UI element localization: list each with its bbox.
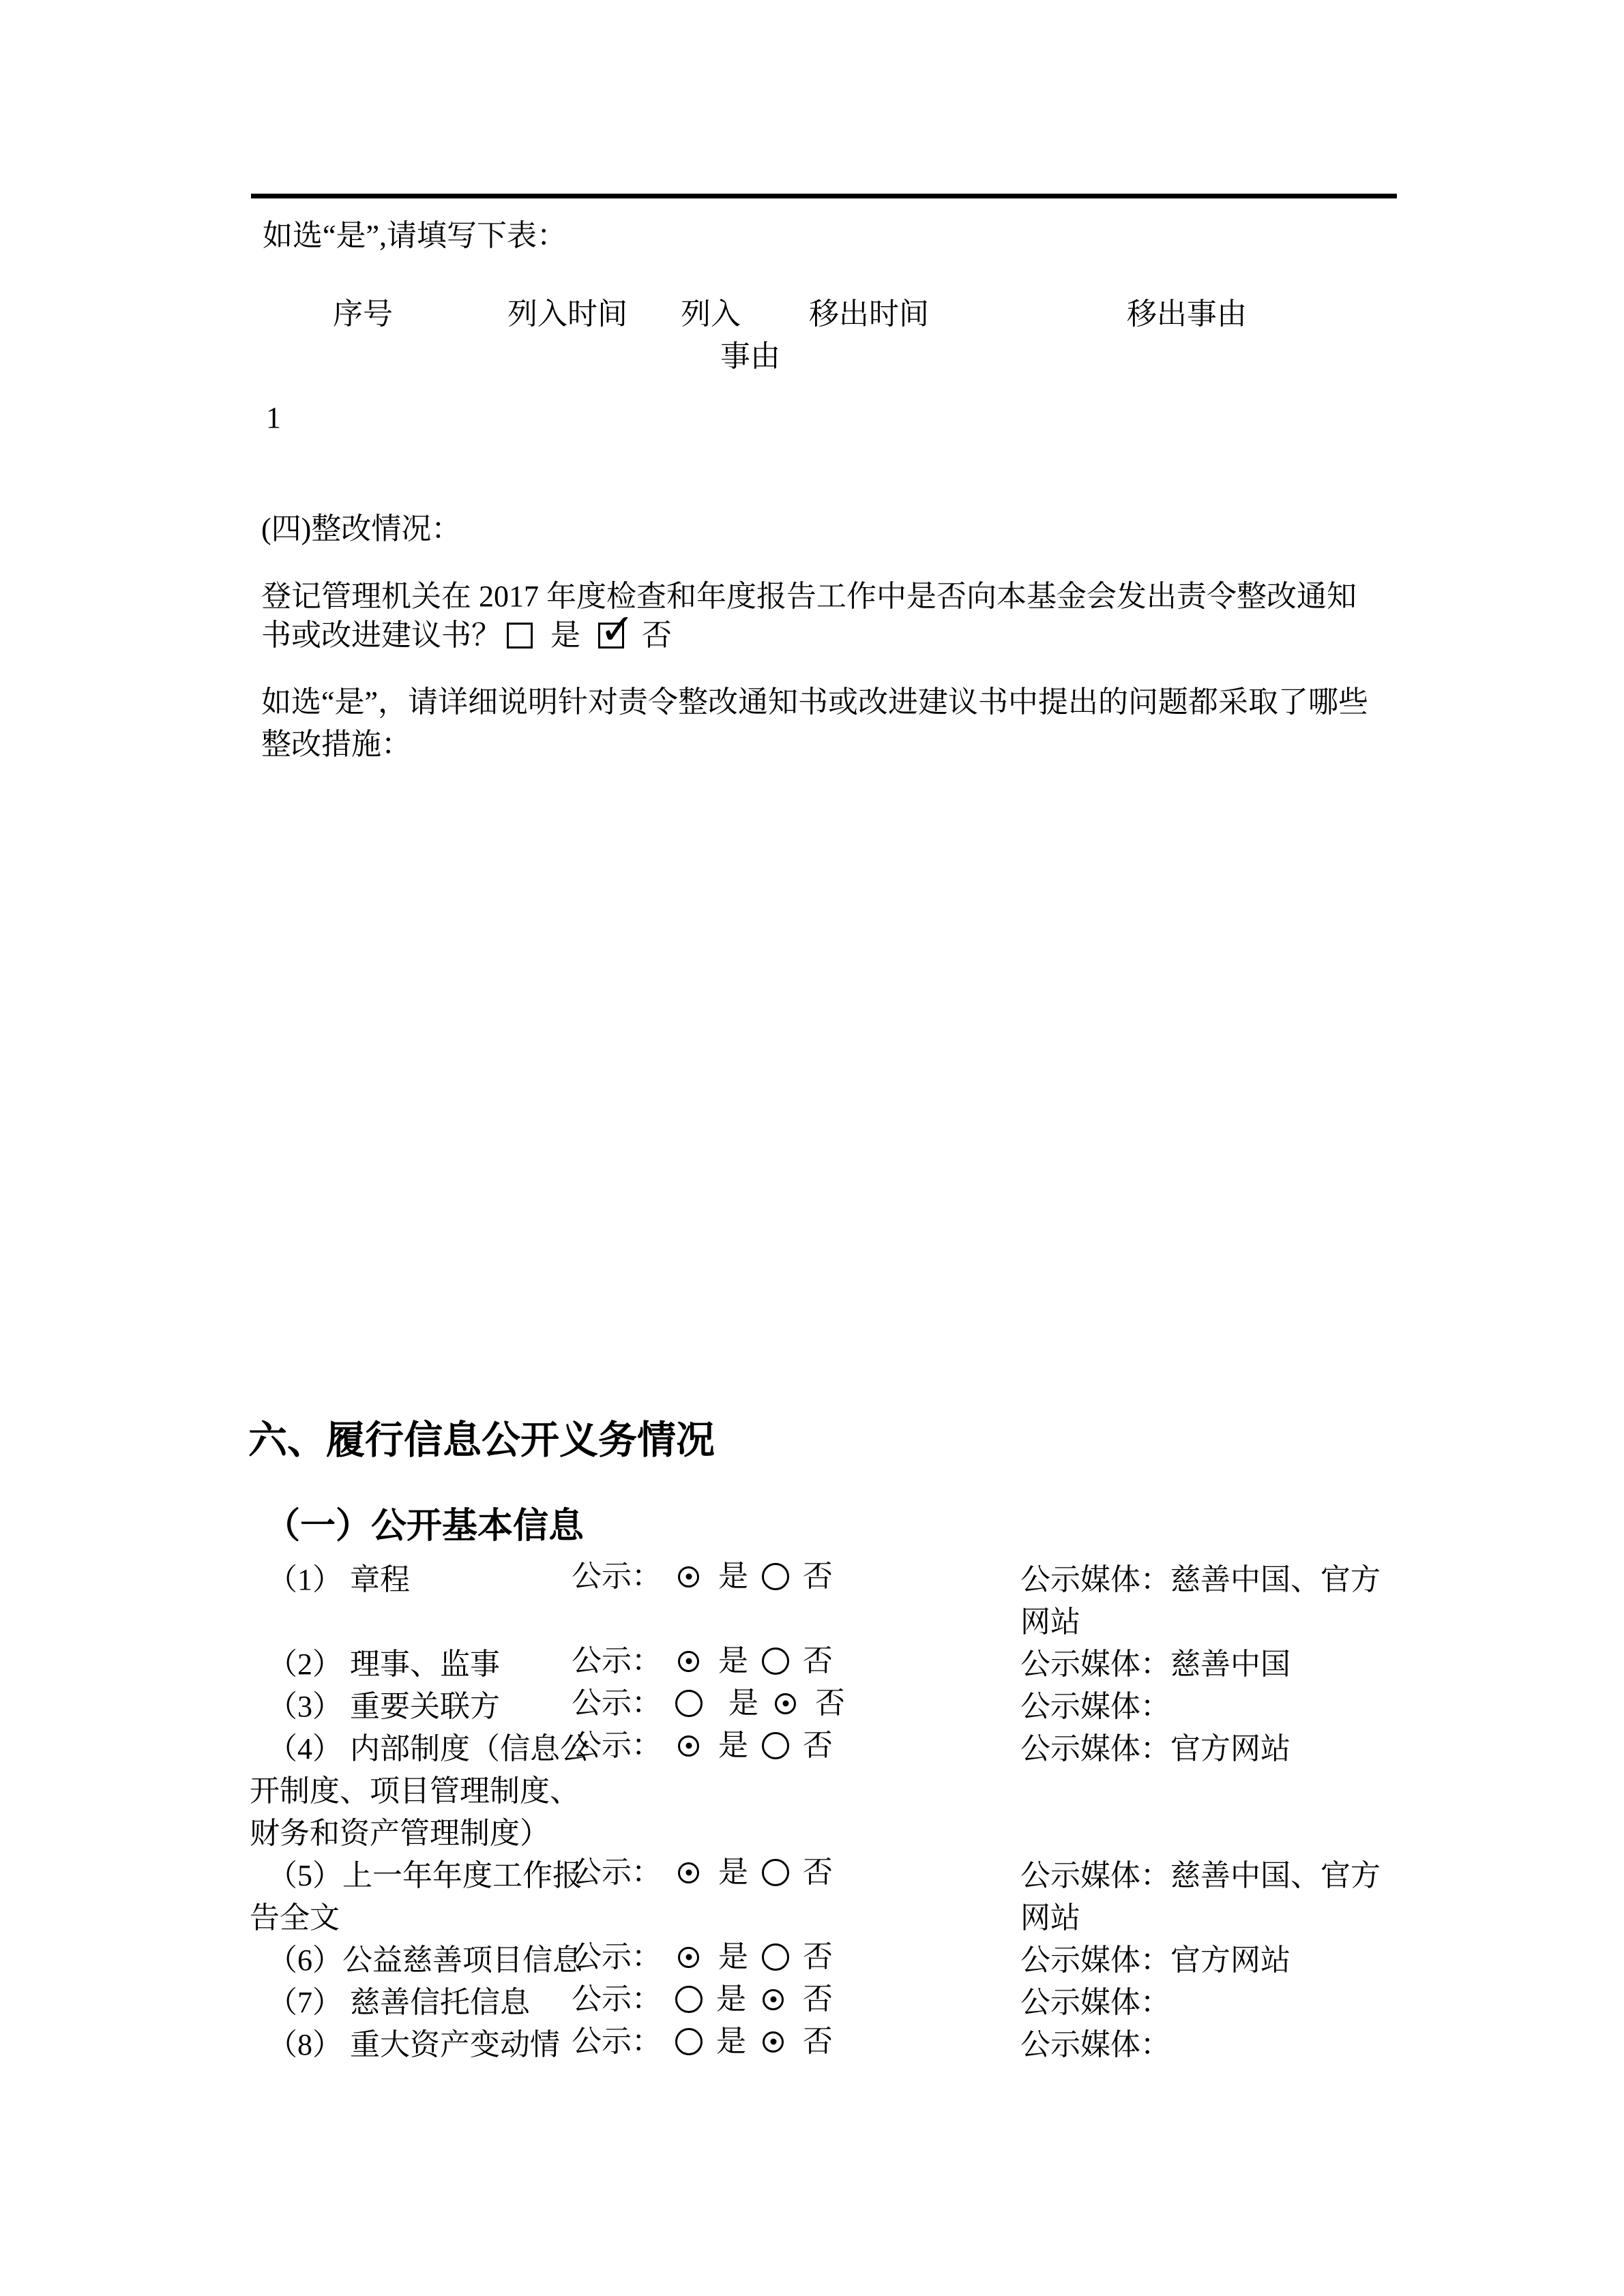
yes-label: 是 [718,1727,748,1765]
radio-selected-icon[interactable] [678,1735,699,1757]
disclosure-row-3: （3） 重要关联方 公示： 是 否 公示媒体： [0,1688,1624,1730]
radio-unselected-icon[interactable] [762,1732,789,1759]
checkbox-yes-unchecked-icon[interactable] [507,623,533,648]
radio-unselected-icon[interactable] [762,1943,789,1971]
rectify-question-line2: 书或改进建议书？ 是 ✓ 否 [261,616,672,655]
fill-table-note: 如选“是”,请填写下表： [263,217,567,255]
item-label: （1） 章程 [267,1561,410,1599]
disclosure-row-2: （2） 理事、监事 公示： 是 否 公示媒体：慈善中国 [0,1645,1624,1688]
section6-heading: 六、履行信息公开义务情况 [248,1409,715,1465]
disclosure-row-1: （1） 章程 公示： 是 否 公示媒体：慈善中国、官方 网站 [0,1561,1624,1645]
publicity-radio-group: 公示： 是 否 [572,1937,833,1977]
publicity-radio-group: 公示： 是 否 [572,1557,833,1596]
yes-label: 是 [718,1938,748,1976]
media-line: 网站 [1020,1899,1080,1937]
disclosure-row-7: （7） 慈善信托信息 公示： 是 否 公示媒体： [0,1984,1624,2026]
item-label-wrap: 财务和资产管理制度） [250,1815,550,1853]
rectify-followup-line1: 如选“是”，请详细说明针对责令整改通知书或改进建议书中提出的问题都采取了哪些 [261,683,1368,721]
publicity-radio-group: 公示： 是 否 [572,1726,833,1765]
publicity-label: 公示： [572,1642,662,1680]
publicity-label: 公示： [572,1727,662,1765]
no-label: 否 [803,1980,833,2018]
no-label: 否 [803,1853,833,1892]
item-label-wrap: 开制度、项目管理制度、 [250,1772,580,1810]
item-label: （7） 慈善信托信息 [267,1984,530,2022]
disclosure-row-6: （6）公益慈善项目信息 公示： 是 否 公示媒体：官方网站 [0,1941,1624,1984]
publicity-radio-group: 公示： 是 否 [572,1641,833,1681]
no-label: 否 [803,1727,833,1765]
disclosure-row-8: （8） 重大资产变动情 公示： 是 否 公示媒体： [0,2026,1624,2068]
disclosure-row-4: （4） 内部制度（信息公 开制度、项目管理制度、 财务和资产管理制度） 公示： … [0,1730,1624,1857]
radio-selected-icon[interactable] [763,2031,784,2053]
media-line: 公示媒体：官方网站 [1020,1941,1290,1980]
publicity-label: 公示： [572,1557,662,1596]
publicity-label: 公示： [572,2023,662,2061]
yes-label: 是 [716,2023,746,2061]
item-label: （3） 重要关联方 [267,1688,500,1726]
radio-unselected-icon[interactable] [762,1563,789,1590]
no-label: 否 [815,1684,845,1723]
col-header-out-time: 移出时间 [809,295,929,333]
publicity-radio-group: 公示： 是 否 [572,2022,833,2061]
yes-label: 是 [718,1642,748,1680]
no-label: 否 [803,1557,833,1596]
rectify-question-line2-text: 书或改进建议书？ [261,616,501,655]
radio-unselected-icon[interactable] [762,1859,789,1886]
radio-unselected-icon[interactable] [675,2028,703,2055]
col-header-seq: 序号 [333,295,393,333]
publicity-label: 公示： [572,1980,662,2018]
publicity-radio-group: 公示： 是 否 [572,1684,845,1723]
publicity-label: 公示： [572,1684,662,1723]
col-header-in-reason-line2: 事由 [720,338,780,376]
radio-selected-icon[interactable] [678,1862,699,1883]
radio-selected-icon[interactable] [763,1989,784,2010]
col-header-out-reason: 移出事由 [1127,295,1247,333]
radio-selected-icon[interactable] [678,1947,699,1968]
document-page: 如选“是”,请填写下表： 序号 列入时间 列入 事由 移出时间 移出事由 1 (… [0,0,1624,2296]
media-line: 公示媒体： [1020,1688,1170,1726]
item-label: （6）公益慈善项目信息 [267,1941,582,1980]
radio-selected-icon[interactable] [678,1566,699,1587]
rectify-question-line1: 登记管理机关在 2017 年度检查和年度报告工作中是否向本基金会发出责令整改通知 [261,578,1357,616]
checkbox-no-checked-icon[interactable]: ✓ [598,623,624,648]
horizontal-rule [251,194,1397,198]
radio-unselected-icon[interactable] [762,1648,789,1675]
col-header-in-time: 列入时间 [507,295,628,333]
media-line: 公示媒体：慈善中国、官方 [1020,1561,1381,1599]
col-header-in-reason-line1: 列入 [681,295,741,333]
yes-label: 是 [718,1557,748,1596]
rectify-followup-line2: 整改措施： [261,726,411,764]
checkbox-no-label: 否 [642,616,672,655]
check-mark-icon: ✓ [600,608,635,651]
table-row-seq-value: 1 [266,399,281,437]
radio-unselected-icon[interactable] [675,1690,703,1717]
yes-label: 是 [728,1684,758,1723]
item-label-wrap: 告全文 [250,1899,340,1937]
radio-unselected-icon[interactable] [675,1986,703,2013]
publicity-radio-group: 公示： 是 否 [572,1853,833,1892]
no-label: 否 [803,2023,833,2061]
no-label: 否 [803,1938,833,1976]
media-line: 公示媒体：慈善中国 [1020,1645,1290,1684]
item-label: （8） 重大资产变动情 [267,2026,560,2064]
publicity-label: 公示： [572,1853,662,1892]
radio-selected-icon[interactable] [678,1651,699,1672]
media-line: 网站 [1020,1603,1080,1641]
item-label: （4） 内部制度（信息公 [267,1730,590,1768]
section4-title: (四)整改情况： [261,510,461,548]
yes-label: 是 [716,1980,746,2018]
yes-label: 是 [718,1853,748,1892]
publicity-radio-group: 公示： 是 否 [572,1980,833,2019]
media-line: 公示媒体： [1020,1984,1170,2022]
section6-subheading: （一）公开基本信息 [265,1497,584,1548]
media-line: 公示媒体：官方网站 [1020,1730,1290,1768]
checkbox-yes-label: 是 [550,616,580,655]
no-label: 否 [803,1642,833,1680]
item-label: （2） 理事、监事 [267,1645,500,1684]
media-line: 公示媒体：慈善中国、官方 [1020,1857,1381,1895]
publicity-label: 公示： [572,1938,662,1976]
media-line: 公示媒体： [1020,2026,1170,2064]
item-label: （5）上一年年度工作报 [267,1857,582,1895]
disclosure-row-5: （5）上一年年度工作报 告全文 公示： 是 否 公示媒体：慈善中国、官方 网站 [0,1857,1624,1941]
radio-selected-icon[interactable] [775,1693,796,1714]
